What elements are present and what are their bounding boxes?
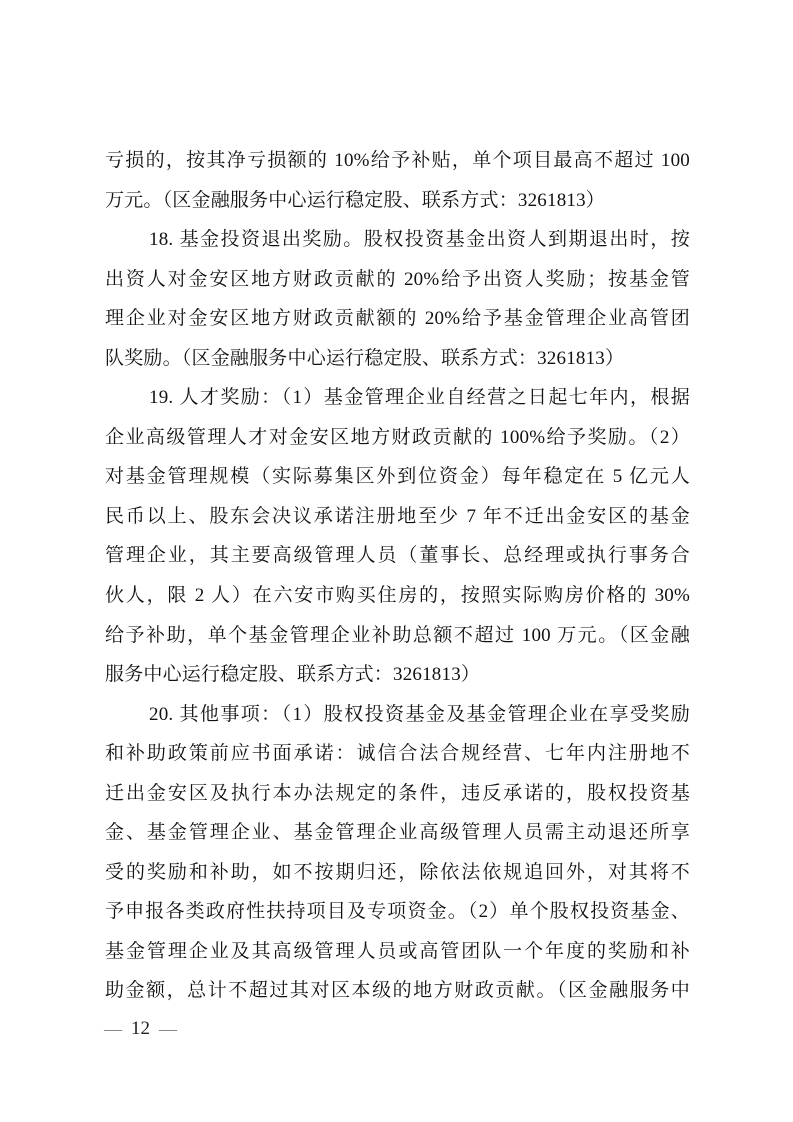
text-line: 助金额，总计不超过其对区本级的地方财政贡献。（区金融服务中 <box>105 971 690 1011</box>
page-number: 12 <box>131 1016 150 1042</box>
footer-dash-left: — <box>104 1016 122 1042</box>
text-line: 理企业对金安区地方财政贡献额的 20%给予基金管理企业高管团 <box>105 299 690 339</box>
text-line: 予申报各类政府性扶持项目及专项资金。（2）单个股权投资基金、 <box>105 892 690 932</box>
document-body: 亏损的，按其净亏损额的 10%给予补贴，单个项目最高不超过 100万元。（区金融… <box>105 141 690 1011</box>
text-line: 亏损的，按其净亏损额的 10%给予补贴，单个项目最高不超过 100 <box>105 141 690 181</box>
text-line: 队奖励。（区金融服务中心运行稳定股、联系方式：3261813） <box>105 339 690 379</box>
text-line: 20. 其他事项：（1）股权投资基金及基金管理企业在享受奖励 <box>105 695 690 735</box>
text-line: 基金管理企业及其高级管理人员或高管团队一个年度的奖励和补 <box>105 932 690 972</box>
page-footer: — 12 — <box>104 1016 177 1042</box>
text-line: 对基金管理规模（实际募集区外到位资金）每年稳定在 5 亿元人 <box>105 457 690 497</box>
text-line: 民币以上、股东会决议承诺注册地至少 7 年不迁出金安区的基金 <box>105 497 690 537</box>
text-line: 迁出金安区及执行本办法规定的条件，违反承诺的，股权投资基 <box>105 774 690 814</box>
text-line: 金、基金管理企业、基金管理企业高级管理人员需主动退还所享 <box>105 813 690 853</box>
text-line: 给予补助，单个基金管理企业补助总额不超过 100 万元。（区金融 <box>105 616 690 656</box>
text-line: 伙人，限 2 人）在六安市购买住房的，按照实际购房价格的 30% <box>105 576 690 616</box>
document-page: 亏损的，按其净亏损额的 10%给予补贴，单个项目最高不超过 100万元。（区金融… <box>0 0 793 1122</box>
para-20-other-matters: 20. 其他事项：（1）股权投资基金及基金管理企业在享受奖励和补助政策前应书面承… <box>105 695 690 1011</box>
text-line: 和补助政策前应书面承诺：诚信合法合规经营、七年内注册地不 <box>105 734 690 774</box>
text-line: 管理企业，其主要高级管理人员（董事长、总经理或执行事务合 <box>105 536 690 576</box>
para-18-fund-exit-reward: 18. 基金投资退出奖励。股权投资基金出资人到期退出时，按出资人对金安区地方财政… <box>105 220 690 378</box>
text-line: 受的奖励和补助，如不按期归还，除依法依规追回外，对其将不 <box>105 853 690 893</box>
text-line: 出资人对金安区地方财政贡献的 20%给予出资人奖励；按基金管 <box>105 260 690 300</box>
text-line: 万元。（区金融服务中心运行稳定股、联系方式：3261813） <box>105 181 690 221</box>
text-line: 18. 基金投资退出奖励。股权投资基金出资人到期退出时，按 <box>105 220 690 260</box>
text-line: 19. 人才奖励：（1）基金管理企业自经营之日起七年内，根据 <box>105 378 690 418</box>
text-line: 服务中心运行稳定股、联系方式：3261813） <box>105 655 690 695</box>
footer-dash-right: — <box>159 1016 177 1042</box>
text-line: 企业高级管理人才对金安区地方财政贡献的 100%给予奖励。（2） <box>105 418 690 458</box>
para-19-talent-reward: 19. 人才奖励：（1）基金管理企业自经营之日起七年内，根据企业高级管理人才对金… <box>105 378 690 694</box>
para-17-continuation: 亏损的，按其净亏损额的 10%给予补贴，单个项目最高不超过 100万元。（区金融… <box>105 141 690 220</box>
